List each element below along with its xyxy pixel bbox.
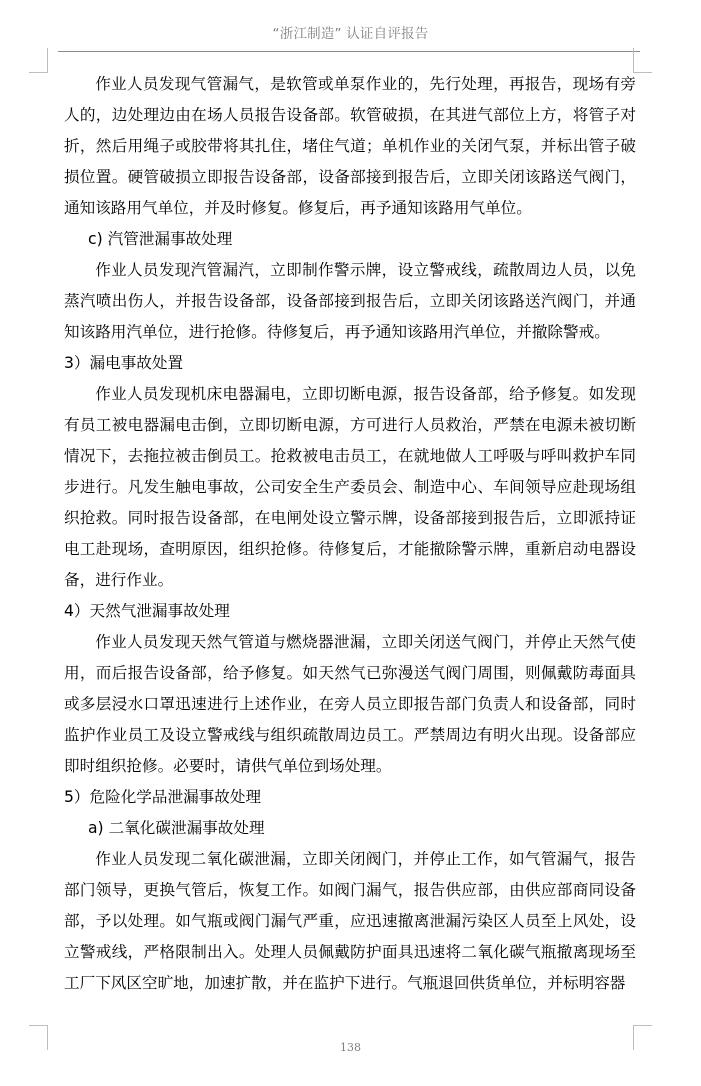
crop-mark-top-left — [29, 48, 48, 73]
paragraph-electric-leak: 作业人员发现机床电器漏电，立即切断电源，报告设备部，给予修复。如发现有员工被电器… — [64, 379, 636, 596]
document-body: 作业人员发现气管漏气，是软管或单泵作业的，先行处理，再报告，现场有旁人的，边处理… — [64, 69, 636, 999]
paragraph-gas-pipe-leak: 作业人员发现气管漏气，是软管或单泵作业的，先行处理，再报告，现场有旁人的，边处理… — [64, 69, 636, 224]
page-number: 138 — [0, 1041, 701, 1054]
paragraph-natural-gas-leak: 作业人员发现天然气管道与燃烧器泄漏，立即关闭送气阀门，并停止天然气使用，而后报告… — [64, 627, 636, 782]
subheading-steam-pipe-leak: c) 汽管泄漏事故处理 — [64, 224, 636, 255]
running-header-title: “浙江制造” 认证自评报告 — [0, 22, 701, 42]
paragraph-co2-leak: 作业人员发现二氧化碳泄漏，立即关闭阀门，并停止工作，如气管漏气，报告部门领导，更… — [64, 844, 636, 999]
paragraph-steam-pipe-leak: 作业人员发现汽管漏汽，立即制作警示牌，设立警戒线，疏散周边人员，以免蒸汽喷出伤人… — [64, 255, 636, 348]
subheading-co2-leak: a) 二氧化碳泄漏事故处理 — [64, 813, 636, 844]
heading-hazardous-chemical-leak: 5）危险化学品泄漏事故处理 — [64, 782, 636, 813]
header-divider — [58, 51, 640, 52]
heading-natural-gas-leak: 4）天然气泄漏事故处理 — [64, 596, 636, 627]
heading-electric-leak: 3）漏电事故处置 — [64, 348, 636, 379]
